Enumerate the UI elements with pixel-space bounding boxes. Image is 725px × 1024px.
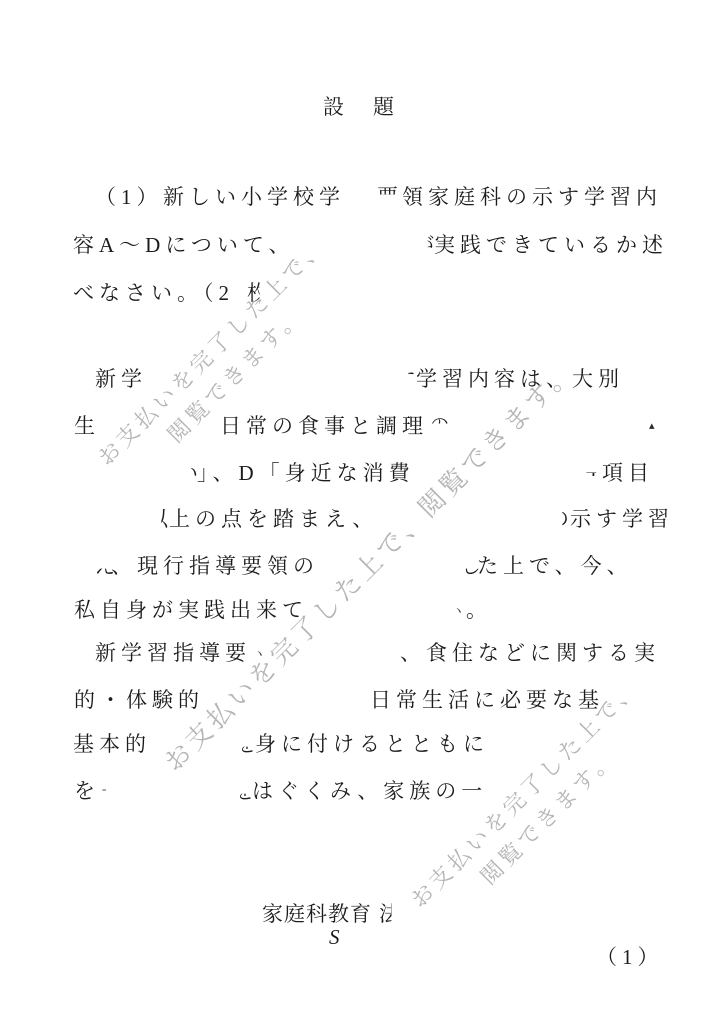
doc-line: え、現行指導要領のした上で、今、 xyxy=(0,550,725,576)
text-segment: 身に付けるとともに xyxy=(255,728,489,758)
text-segment: 領家庭科の示す学習内 xyxy=(402,181,662,211)
doc-line: 設題 xyxy=(0,91,725,117)
doc-line: を‐をはぐくみ、家族の一 xyxy=(0,775,725,801)
text-segment: 、現行指導要領の xyxy=(111,550,319,580)
text-segment: 生 xyxy=(74,410,100,440)
doc-line: 家庭科教育法 xyxy=(0,898,725,924)
text-segment: 日常の食事と調理 xyxy=(220,410,428,440)
text-segment: 新しい小学校学 xyxy=(163,181,345,211)
text-segment: 新学習指導要 xyxy=(95,637,251,667)
text-segment: （1） xyxy=(596,941,664,971)
text-segment: 題 xyxy=(373,91,399,121)
text-segment: べなさい。（2 xyxy=(73,277,234,307)
doc-line: べなさい。（2枚 xyxy=(0,277,725,303)
text-segment: 新学 xyxy=(95,363,147,393)
text-segment: 私自身が実践出来て xyxy=(74,594,308,624)
partial-glyph: 法 xyxy=(379,898,405,928)
text-segment: 基本的 xyxy=(73,728,151,758)
text-segment: ▴ xyxy=(649,419,655,432)
partial-glyph: 4 xyxy=(586,457,602,482)
partial-glyph: の xyxy=(429,410,455,440)
text-segment: 学習内容は、大別 xyxy=(416,363,624,393)
doc-line: （1） xyxy=(0,941,725,967)
doc-line: い」、D「身近な消費4項目 xyxy=(0,457,725,483)
partial-glyph: 枚 xyxy=(247,277,273,307)
text-segment: 示す学習 xyxy=(570,503,674,533)
doc-line: 以上の点を踏まえ、の示す学習 xyxy=(0,503,725,529)
partial-glyph: 要 xyxy=(377,181,403,211)
text-segment: 。 xyxy=(466,594,492,624)
doc-line: 的・体験的日常生活に必要な基 xyxy=(0,684,725,710)
doc-line: 新学習指導要ヽ、食住などに関する実 xyxy=(0,637,725,663)
doc-line: 生日常の食事と調理の▴ xyxy=(0,410,725,436)
text-segment: ヽ xyxy=(253,643,266,662)
text-segment: ‐ xyxy=(102,781,106,797)
text-segment: 、食住などに関する実 xyxy=(400,637,660,667)
text-segment: はぐくみ、家族の一 xyxy=(252,775,487,805)
document-text-layer: 設題（1）新しい小学校学要領家庭科の示す学習内容A〜Dについて、が実践できている… xyxy=(0,0,725,1024)
text-segment: 設 xyxy=(323,91,349,121)
text-segment: た上で、今、 xyxy=(477,550,633,580)
text-segment: 上の点を踏まえ、 xyxy=(169,503,378,533)
text-segment: 日常生活に必要な基 xyxy=(370,684,604,714)
text-segment: 的・体験的 xyxy=(74,684,204,714)
text-segment: ヽ xyxy=(452,600,465,619)
doc-line: 基本的を身に付けるとともに xyxy=(0,728,725,754)
text-segment: 家庭科教育 xyxy=(262,898,372,928)
text-segment: 実践できているか述 xyxy=(434,229,668,259)
text-segment: （1） xyxy=(95,181,163,211)
scanned-document-page: お支払いを完了した上で、閲覧できます。お支払いを完了した上で、閲覧できます。お支… xyxy=(0,0,725,1024)
doc-line: （1）新しい小学校学要領家庭科の示す学習内 xyxy=(0,181,725,207)
text-segment: 容A〜Dについて、 xyxy=(73,229,295,259)
text-segment: 項目 xyxy=(602,457,654,487)
doc-line: 容A〜Dについて、が実践できているか述 xyxy=(0,229,725,255)
doc-line: 新学す学習内容は、大別 xyxy=(0,363,725,389)
doc-line: 私自身が実践出来てヽ。 xyxy=(0,594,725,620)
text-segment: を xyxy=(74,775,100,805)
text-segment: 」、D「身近な消費 xyxy=(197,457,415,487)
